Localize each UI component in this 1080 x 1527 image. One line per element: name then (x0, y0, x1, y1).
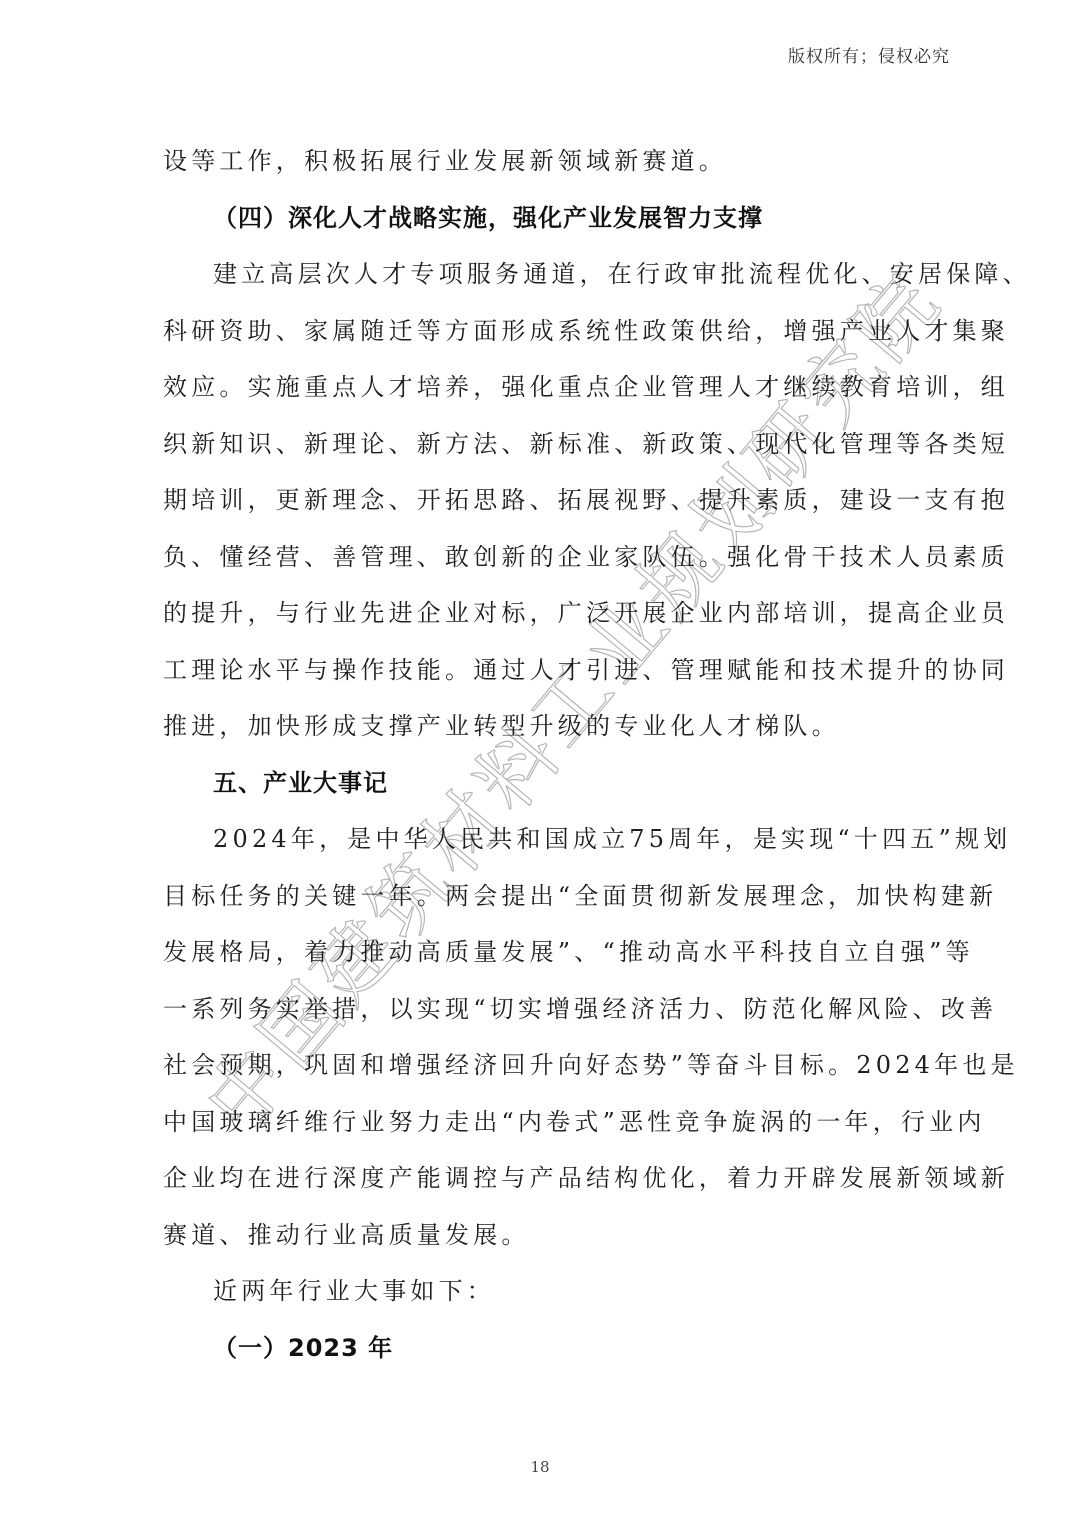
paragraph-industry-events: 2024年，是中华人民共和国成立75周年，是实现“十四五”规划 目标任务的关键一… (163, 811, 918, 1263)
text-line: 负、懂经营、善管理、敢创新的企业家队伍。强化骨干技术人员素质 (163, 529, 918, 586)
text-line: 一系列务实举措，以实现“切实增强经济活力、防范化解风险、改善 (163, 981, 918, 1038)
page-number: 18 (0, 1458, 1080, 1476)
section-heading-talent-strategy: （四）深化人才战略实施，强化产业发展智力支撑 (163, 190, 918, 247)
text-line: 社会预期，巩固和增强经济回升向好态势”等奋斗目标。2024年也是 (163, 1037, 918, 1094)
document-page: 版权所有；侵权必究 中国建筑材料工业规划研究院 设等工作，积极拓展行业发展新领域… (0, 0, 1080, 1527)
page-content: 设等工作，积极拓展行业发展新领域新赛道。 （四）深化人才战略实施，强化产业发展智… (163, 133, 918, 1376)
text-line: 的提升，与行业先进企业对标，广泛开展企业内部培训，提高企业员 (163, 585, 918, 642)
paragraph-talent-strategy: 建立高层次人才专项服务通道，在行政审批流程优化、安居保障、 科研资助、家属随迁等… (163, 246, 918, 755)
text-line: 织新知识、新理论、新方法、新标准、新政策、现代化管理等各类短 (163, 416, 918, 473)
copyright-notice: 版权所有；侵权必究 (788, 42, 950, 67)
text-line: 中国玻璃纤维行业努力走出“内卷式”恶性竞争旋涡的一年，行业内 (163, 1094, 918, 1151)
text-line: 科研资助、家属随迁等方面形成系统性政策供给，增强产业人才集聚 (163, 303, 918, 360)
paragraph-continuation: 设等工作，积极拓展行业发展新领域新赛道。 (163, 133, 918, 190)
events-intro: 近两年行业大事如下： (163, 1263, 918, 1320)
subheading-2023: （一）2023 年 (163, 1320, 918, 1377)
text-line: 推进，加快形成支撑产业转型升级的专业化人才梯队。 (163, 698, 918, 755)
text-line: 2024年，是中华人民共和国成立75周年，是实现“十四五”规划 (163, 811, 918, 868)
text-line: 发展格局，着力推动高质量发展”、“推动高水平科技自立自强”等 (163, 924, 918, 981)
text-line: 建立高层次人才专项服务通道，在行政审批流程优化、安居保障、 (163, 246, 918, 303)
text-line: 企业均在进行深度产能调控与产品结构优化，着力开辟发展新领域新 (163, 1150, 918, 1207)
text-line: 效应。实施重点人才培养，强化重点企业管理人才继续教育培训，组 (163, 359, 918, 416)
text-line: 目标任务的关键一年。两会提出“全面贯彻新发展理念，加快构建新 (163, 868, 918, 925)
section-heading-industry-events: 五、产业大事记 (163, 755, 918, 812)
text-line: 期培训，更新理念、开拓思路、拓展视野、提升素质，建设一支有抱 (163, 472, 918, 529)
text-line: 赛道、推动行业高质量发展。 (163, 1207, 918, 1264)
text-line: 工理论水平与操作技能。通过人才引进、管理赋能和技术提升的协同 (163, 642, 918, 699)
